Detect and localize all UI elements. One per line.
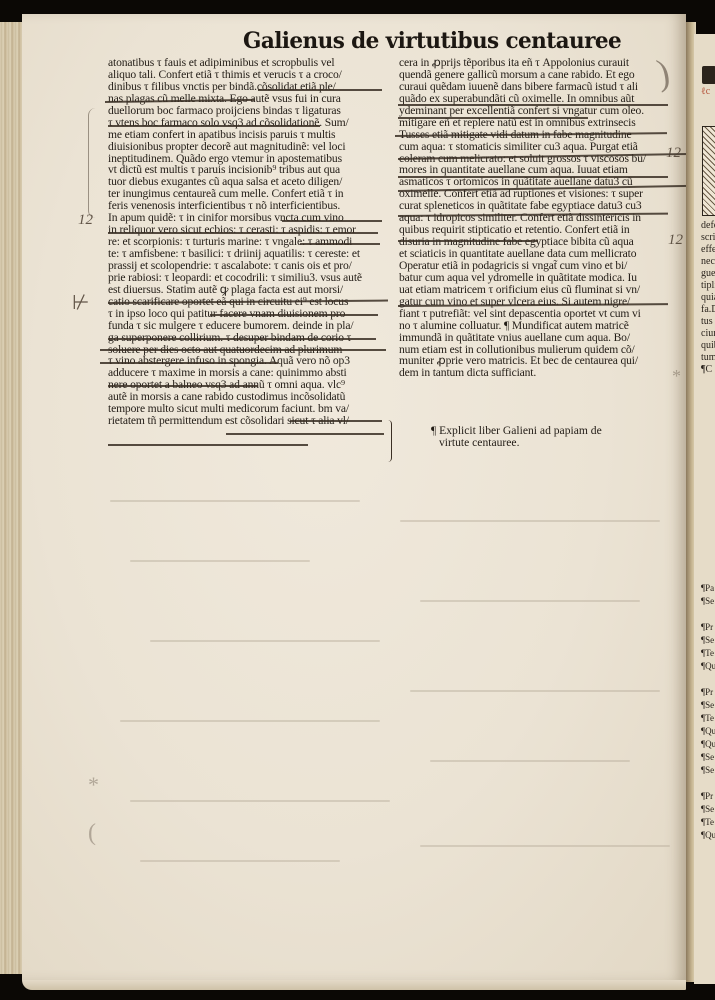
facing-text-fragment: tus a — [701, 316, 715, 328]
margin-cross-mark: ⊬ — [72, 290, 89, 315]
facing-text-fragment: ¶C — [701, 364, 712, 376]
facing-table-fragment: ¶Pr — [701, 621, 713, 633]
page-bottom-edge — [22, 980, 686, 990]
facing-text-fragment: scrib — [701, 232, 715, 244]
facing-page-edge: ℓc defcscribeffecnec cguertipliquiafa.Dt… — [694, 34, 715, 984]
facing-table-fragment: ¶Pr — [701, 686, 713, 698]
facing-rubric: ℓc — [701, 86, 710, 97]
left_column-line: τ vtens boc farmaco solo vsq3 ad cõsolid… — [108, 117, 390, 129]
facing-text-fragment: quia — [701, 292, 715, 304]
facing-table-fragment: ¶Se — [701, 751, 714, 763]
facing-text-fragment: effec — [701, 244, 715, 256]
facing-table-fragment: ¶Pr — [701, 790, 713, 802]
facing-table-fragment: ¶Te — [701, 712, 714, 724]
facing-table-fragment: ¶Te — [701, 647, 714, 659]
left_column-line: funda τ sic mulgere τ educere bumorem. d… — [108, 320, 390, 332]
facing-table-fragment: ¶Qu — [701, 725, 715, 737]
left_column-line: diuisionibus propter decorẽ aut magnitud… — [108, 141, 390, 153]
right_column-line: no τ alumine colluatur. ¶ Mundificat aut… — [399, 320, 687, 332]
facing-woodcut-border — [702, 126, 715, 216]
facing-table-fragment: ¶Se — [701, 764, 714, 776]
colophon-line: virtute centauree. — [431, 437, 602, 449]
facing-table-fragment: ¶Se — [701, 803, 714, 815]
facing-table-fragment: ¶Qu — [701, 660, 715, 672]
facing-text-fragment: defc — [701, 220, 715, 232]
facing-initial-c — [702, 66, 715, 84]
colophon: ¶ Explicit liber Galieni ad papiam de vi… — [431, 425, 602, 449]
margin-bracket-right — [385, 420, 392, 462]
book-scan: Galienus de virtutibus centauree atonati… — [0, 0, 715, 1000]
facing-table-fragment: ¶Se — [701, 595, 714, 607]
page-edge-stack — [0, 22, 24, 974]
running-head: Galienus de virtutibus centauree — [243, 28, 621, 54]
margin-numeral-right-lower: 12 — [668, 232, 683, 249]
facing-text-fragment: guer — [701, 268, 715, 280]
right_column-line: fiant τ putrefiãt: vel sint depascentia … — [399, 308, 687, 320]
facing-table-fragment: ¶Pa — [701, 582, 714, 594]
left_column-line: me etiam confert in apatibus incisis par… — [108, 129, 390, 141]
right_column-line: cum aqua: τ stomaticis similiter cu3 aqu… — [399, 141, 687, 153]
margin-wavy-line — [88, 108, 103, 218]
right_column-line: quãdo ex superabundãti cũ oximelle. In o… — [399, 93, 687, 105]
facing-text-fragment: quib — [701, 340, 715, 352]
right_column-line: immundã in quãtitate vnius auellane cum … — [399, 332, 687, 344]
facing-text-fragment: tipli — [701, 280, 715, 292]
facing-text-fragment: nec c — [701, 256, 715, 268]
left_column-line: duellorum boc farmaco proijciens bindas … — [108, 105, 390, 117]
facing-table-fragment: ¶Qu — [701, 829, 715, 841]
right_column-line: ydeminant per excellentiã confert si vng… — [399, 105, 687, 117]
margin-asterisk-right: * — [672, 366, 681, 387]
facing-text-fragment: ciuri — [701, 328, 715, 340]
facing-table-fragment: ¶Te — [701, 816, 714, 828]
facing-text-fragment: tum — [701, 352, 715, 364]
facing-table-fragment: ¶Qu — [701, 738, 715, 750]
left_column-line: est diuersus. Statim autẽ ꝙ plaga facta … — [108, 284, 390, 296]
margin-asterisk: * — [88, 772, 99, 798]
facing-text-fragment: fa.D — [701, 304, 715, 316]
right_column-line: uat etiam matricem τ orificium eius cũ f… — [399, 284, 687, 296]
margin-bracket-lower: ( — [88, 820, 96, 847]
right_column-line: dem in tantum dicta sufficiant. — [399, 367, 687, 379]
facing-table-fragment: ¶Se — [701, 699, 714, 711]
facing-table-fragment: ¶Se — [701, 634, 714, 646]
margin-numeral-right-upper: 12 — [666, 145, 681, 162]
margin-bracket-mark: ( — [658, 52, 670, 94]
